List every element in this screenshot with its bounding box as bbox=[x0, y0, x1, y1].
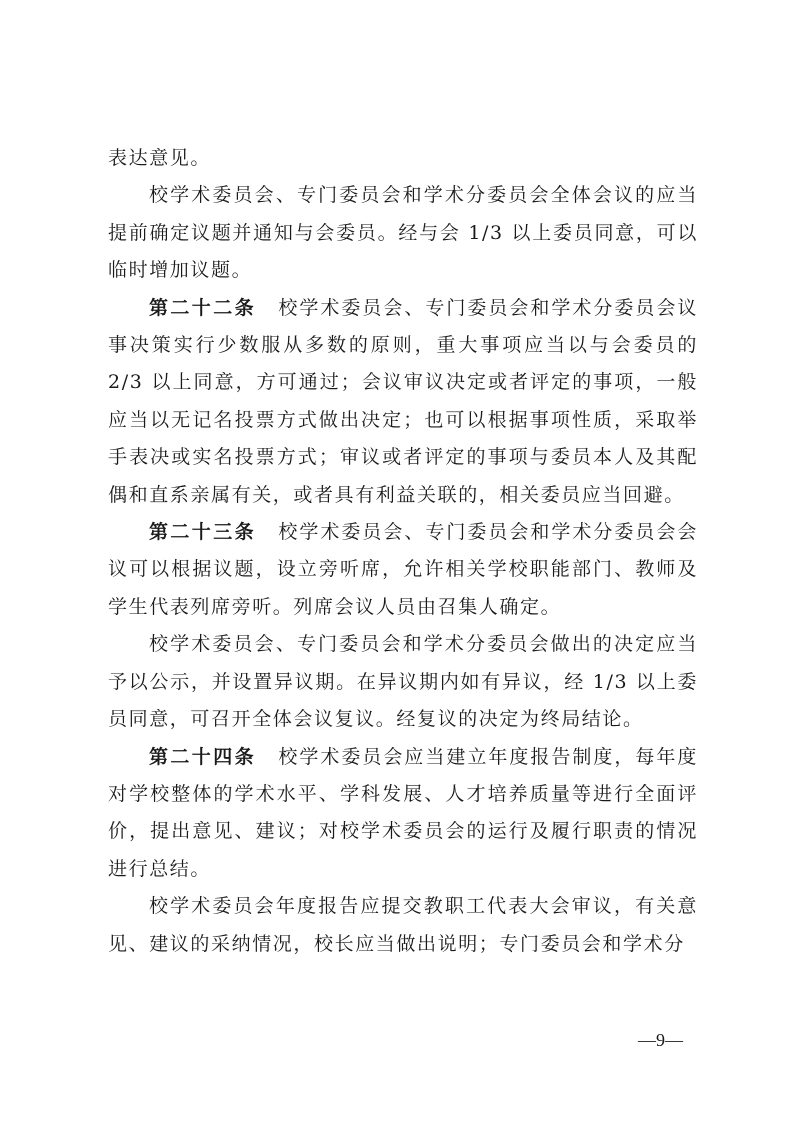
article-heading: 第二十三条 bbox=[149, 521, 256, 543]
document-body: 表达意见。 校学术委员会、专门委员会和学术分委员会全体会议的应当提前确定议题并通… bbox=[108, 140, 698, 963]
article-22: 第二十二条校学术委员会、专门委员会和学术分委员会议事决策实行少数服从多数的原则，… bbox=[108, 290, 698, 514]
article-23: 第二十三条校学术委员会、专门委员会和学术分委员会会议可以根据议题，设立旁听席，允… bbox=[108, 514, 698, 626]
paragraph-continuation: 表达意见。 bbox=[108, 140, 698, 177]
paragraph-agenda: 校学术委员会、专门委员会和学术分委员会全体会议的应当提前确定议题并通知与会委员。… bbox=[108, 177, 698, 289]
article-24: 第二十四条校学术委员会应当建立年度报告制度，每年度对学校整体的学术水平、学科发展… bbox=[108, 739, 698, 889]
paragraph-publicity: 校学术委员会、专门委员会和学术分委员会做出的决定应当予以公示，并设置异议期。在异… bbox=[108, 626, 698, 738]
page-number: —9— bbox=[638, 1030, 683, 1051]
article-text: 校学术委员会、专门委员会和学术分委员会议事决策实行少数服从多数的原则，重大事项应… bbox=[108, 297, 698, 506]
paragraph-annual-report: 校学术委员会年度报告应提交教职工代表大会审议，有关意见、建议的采纳情况，校长应当… bbox=[108, 888, 698, 963]
article-heading: 第二十四条 bbox=[149, 746, 256, 768]
article-heading: 第二十二条 bbox=[149, 297, 256, 319]
